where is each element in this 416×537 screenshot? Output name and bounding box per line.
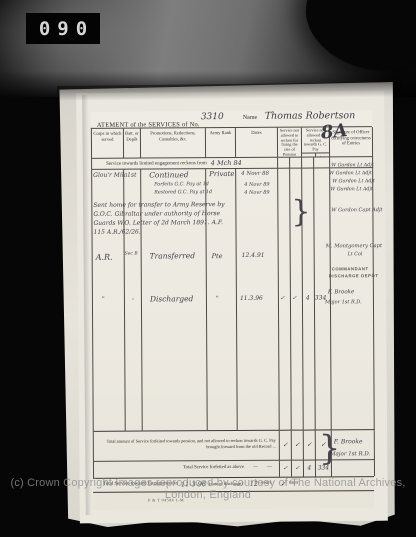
totals-forfeited-years: 4 [304, 460, 316, 476]
name-label: Name [243, 115, 257, 121]
frame-counter-patch: 090 [26, 13, 100, 44]
totals-check: ✓ [280, 431, 292, 461]
entry1-event: Continued [149, 170, 188, 179]
col-header-promotions: Promotions, Reductions, Casualties, &c. [141, 128, 206, 158]
entry4-event: Discharged [150, 294, 193, 303]
entry3-event: Transferred [150, 251, 195, 260]
entry2-note-line: Sent home for transfer to Army Reserve b… [93, 201, 224, 209]
entry1-note2: Restored G.C. Pay at 1d [154, 190, 212, 195]
entry4-signature: F. Brooke [328, 289, 354, 295]
col-header-pension: Service not allowed to reckon for fixing… [278, 128, 302, 158]
entry4-rank-ditto: " [216, 295, 219, 302]
entry4-gc-years: 4 [306, 295, 310, 302]
entry3-date: 12.4.91 [242, 252, 265, 259]
entry1-signature: W Gordon Lt Adjt [330, 187, 373, 192]
entry2-signature: W Gordon Capt Adjt [331, 207, 382, 213]
totals-check: ✓ [292, 461, 304, 477]
entry4-check: ✓ [292, 295, 297, 302]
entry1-note1: Forfeits G.C. Pay at 1d [154, 182, 209, 187]
entry1-date1: 4 Novr 88 [241, 171, 269, 177]
totals-check: ✓ [292, 431, 304, 461]
entry2-note-line: G.O.C. Gibraltar under authority of Hors… [93, 210, 220, 218]
entry3-batt: Sec B [125, 252, 138, 257]
totals-check: ✓ [280, 461, 292, 477]
entry1-signature: W Gordon Lt Adjt [332, 179, 375, 184]
entry1-signature: W Gordon Lt Adjt [331, 163, 374, 168]
engagement-date-handwritten: 4 Mch 84 [211, 159, 242, 167]
entry1-rank: Private [209, 170, 234, 178]
entry4-batt-ditto: - [132, 296, 134, 303]
entry1-corps: Glou'r Mila [93, 172, 127, 179]
entry4-date: 11.3.96 [240, 295, 263, 302]
col-header-dates: Dates [236, 128, 278, 158]
entry2-note-line: Guards W.O. Letter of 2d March 1891. A.F… [93, 219, 223, 227]
entry4-check: ✓ [280, 295, 285, 302]
frame-counter: 090 [32, 18, 94, 40]
entry1-signature: W Gordon Lt Adjt [329, 171, 372, 176]
service-statement-form: ATEMENT of the SERVICES of No. 3310 Name… [91, 110, 374, 510]
depot-stamp-line1: COMMANDANT [332, 266, 369, 271]
camera-clip-shadow [295, 0, 416, 82]
col-header-corps: Corps in which served [92, 129, 124, 159]
entry1-date3: 4 Novr 89 [244, 190, 269, 196]
entry4-corps-ditto: " [102, 296, 105, 303]
corner-mark-8a: 8A [320, 120, 349, 144]
entry3-signature-rank: Lt Col [348, 252, 363, 257]
totals-forfeited-label: Total amount of Service forfeited toward… [94, 431, 280, 462]
entry3-signature: M. Montgomery Capt [326, 243, 382, 249]
microfilm-scan: 090 ATEMENT of the SERVICES of No. 3310 … [0, 0, 416, 537]
totals-signature-rank: Major 1st R.D. [330, 451, 370, 457]
entry1-date2: 4 Novr 89 [244, 182, 269, 188]
entry4-signature-rank: Major 1st R.D. [325, 299, 362, 305]
crown-copyright-watermark: (c) Crown Copyright Images reproduced by… [0, 477, 416, 501]
totals-signature: F. Brooke [334, 438, 363, 445]
entry1-batt: 1st [127, 172, 136, 179]
totals-brace: } [319, 428, 341, 468]
depot-stamp-line2: DISCHARGE DEPÔT [329, 273, 379, 278]
service-number-handwritten: 3310 [201, 112, 224, 122]
entry3-rank: Pte [212, 252, 223, 260]
entry2-note-line: 115 A.R./62/26. [94, 229, 141, 236]
col-header-rank: Army Rank [206, 128, 236, 158]
totals-check: ✓ [304, 430, 316, 460]
col-header-batt: Batt. or Depôt [124, 129, 141, 159]
entry3-corps: A.R. [96, 253, 113, 262]
entry2-brace: } [291, 195, 310, 230]
